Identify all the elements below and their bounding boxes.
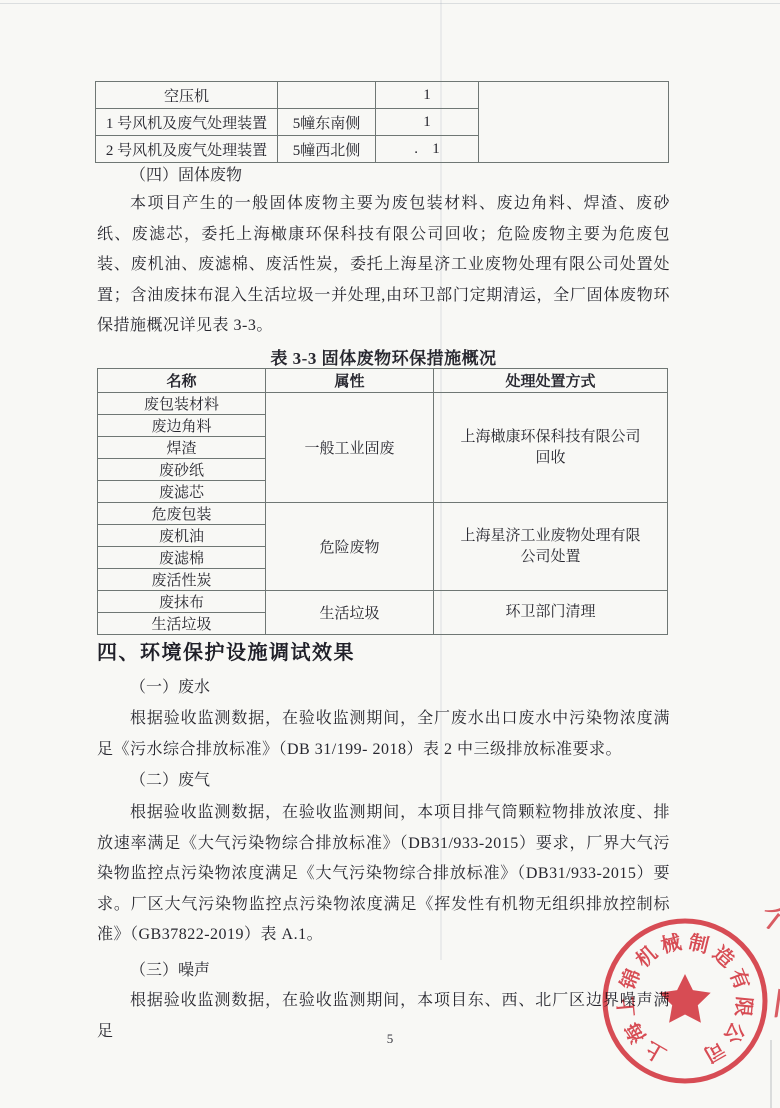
equipment-table: 空压机 1 1 号风机及废气处理装置 5幢东南侧 1 2 号风机及废气处理装置 … — [95, 81, 669, 163]
waste-attribute: 一般工业固废 — [266, 393, 434, 503]
waste-name: 废机油 — [98, 525, 266, 547]
column-header-name: 名称 — [98, 369, 266, 393]
equipment-name: 1 号风机及废气处理装置 — [96, 109, 278, 136]
scan-artifact-top-line — [0, 3, 780, 4]
equipment-location: 5幢东南侧 — [278, 109, 376, 136]
equipment-count: 1 — [376, 82, 479, 109]
svg-text:上: 上 — [614, 996, 639, 1018]
waste-disposal: 上海橄康环保科技有限公司 回收 — [434, 393, 668, 503]
document-page: 空压机 1 1 号风机及废气处理装置 5幢东南侧 1 2 号风机及废气处理装置 … — [0, 0, 780, 1108]
seal-star-icon — [659, 974, 710, 1023]
svg-text:公: 公 — [719, 1018, 750, 1048]
waste-attribute: 危险废物 — [266, 503, 434, 591]
equipment-name: 2 号风机及废气处理装置 — [96, 136, 278, 163]
table-row: 废抹布 生活垃圾 环卫部门清理 — [98, 591, 668, 613]
svg-text:制: 制 — [686, 930, 711, 958]
waste-name: 废滤芯 — [98, 481, 266, 503]
waste-name: 生活垃圾 — [98, 613, 266, 635]
equipment-count: .1 — [376, 136, 479, 163]
solid-waste-table: 名称 属性 处理处置方式 废包装材料 一般工业固废 上海橄康环保科技有限公司 回… — [97, 368, 668, 635]
equipment-location: 5幢西北侧 — [278, 136, 376, 163]
equipment-location — [278, 82, 376, 109]
svg-text:上: 上 — [641, 1037, 670, 1067]
subsection-heading-waste-gas: （二）废气 — [97, 767, 703, 790]
subsection-heading-wastewater: （一）废水 — [97, 674, 703, 697]
waste-name: 危废包装 — [98, 503, 266, 525]
solid-waste-paragraph: 本项目产生的一般固体废物主要为废包装材料、废边角料、焊渣、废砂纸、废滤芯，委托上… — [97, 189, 670, 342]
company-seal-stamp: 上海上锦机械制造有限公司 — [595, 911, 775, 1091]
waste-name: 焊渣 — [98, 437, 266, 459]
equipment-count: 1 — [376, 109, 479, 136]
waste-name: 废活性炭 — [98, 569, 266, 591]
svg-text:海: 海 — [619, 1017, 651, 1048]
waste-name: 废边角料 — [98, 415, 266, 437]
waste-name: 废抹布 — [98, 591, 266, 613]
waste-disposal: 环卫部门清理 — [434, 591, 668, 635]
waste-gas-paragraph: 根据验收监测数据，在验收监测期间，本项目排气筒颗粒物排放浓度、排放速率满足《大气… — [97, 798, 670, 951]
equipment-name: 空压机 — [96, 82, 278, 109]
waste-attribute: 生活垃圾 — [266, 591, 434, 635]
section-heading-effect: 四、环境保护设施调试效果 — [97, 636, 670, 665]
svg-text:锦: 锦 — [615, 965, 645, 993]
solid-waste-heading: （四）固体废物 — [97, 162, 703, 185]
table-row: 危废包装 危险废物 上海星济工业废物处理有限 公司处置 — [98, 503, 668, 525]
table-row: 废包装材料 一般工业固废 上海橄康环保科技有限公司 回收 — [98, 393, 668, 415]
svg-text:限: 限 — [731, 996, 756, 1018]
table-row: 空压机 1 — [96, 82, 669, 109]
waste-disposal: 上海星济工业废物处理有限 公司处置 — [434, 503, 668, 591]
svg-text:械: 械 — [659, 929, 685, 957]
waste-name: 废滤棉 — [98, 547, 266, 569]
table-header-row: 名称 属性 处理处置方式 — [98, 369, 668, 393]
equipment-empty-column — [479, 82, 669, 163]
scan-dot-artifact: . — [414, 141, 432, 158]
column-header-attribute: 属性 — [266, 369, 434, 393]
waste-name: 废砂纸 — [98, 459, 266, 481]
svg-text:造: 造 — [708, 941, 739, 972]
table-3-3-title: 表 3-3 固体废物环保措施概况 — [97, 344, 670, 369]
svg-text:机: 机 — [631, 941, 662, 972]
waste-name: 废包装材料 — [98, 393, 266, 415]
scan-artifact-right-streak — [770, 1040, 772, 1108]
svg-text:有: 有 — [725, 965, 755, 992]
column-header-disposal: 处理处置方式 — [434, 369, 668, 393]
wastewater-paragraph: 根据验收监测数据，在验收监测期间，全厂废水出口废水中污染物浓度满足《污水综合排放… — [97, 704, 670, 765]
svg-text:司: 司 — [700, 1037, 729, 1067]
